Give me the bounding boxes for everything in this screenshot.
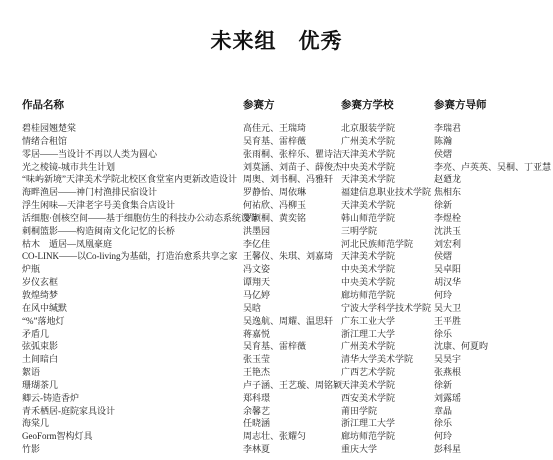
table-row: 光之棱镜-城市共生计划刘莫涵、刘苗子、薛俊杰中央美术学院李亮、卢英英、吴桐、丁亚…: [0, 161, 553, 174]
table-cell: 浮生闲味—天津老字号美食集合店设计: [22, 199, 243, 212]
table-cell: 韩山师范学院: [341, 212, 434, 225]
table-cell: 福建信息职业技术学院: [341, 186, 434, 199]
table-cell: 洪墨园: [243, 225, 341, 238]
table-cell: 絮语: [22, 366, 243, 379]
table-row: GeoForm智构灯具周志壮、张耀匀廊坊师范学院何玲: [0, 430, 553, 443]
table-cell: 张雨桐、张梓乐、瞿诗洁: [243, 148, 341, 161]
table-cell: 马亿婷: [243, 289, 341, 302]
table-cell: 赵廼龙: [434, 173, 553, 186]
table-row: 刺桐篮影——构造闽南文化记忆的长桥洪墨园三明学院沈洪玉: [0, 225, 553, 238]
table-cell: 弦弧束影: [22, 340, 243, 353]
table-cell: 王艳杰: [243, 366, 341, 379]
table-cell: “%”落地灯: [22, 315, 243, 328]
table-row: 碧桂园翘楚棠高佳元、王瑞琦北京服装学院李瑞君: [0, 122, 553, 135]
table-cell: 北京服装学院: [341, 122, 434, 135]
table-cell: 周奥、刘书桐、冯雅轩: [243, 173, 341, 186]
table-cell: 沈洪玉: [434, 225, 553, 238]
table-cell: 彭科星: [434, 443, 553, 456]
table-cell: 清华大学美术学院: [341, 353, 434, 366]
table-row: 絮语王艳杰广西艺术学院张燕根: [0, 366, 553, 379]
table-cell: 何祐欣、冯柳玉: [243, 199, 341, 212]
table-cell: 焦相东: [434, 186, 553, 199]
table-cell: 光之棱镜-城市共生计划: [22, 161, 243, 174]
table-cell: 浙江理工大学: [341, 328, 434, 341]
table-cell: 岁仪玄框: [22, 276, 243, 289]
table-row: “味屿新境”天津美术学院北校区食堂室内更新改造设计周奥、刘书桐、冯雅轩天津美术学…: [0, 173, 553, 186]
table-cell: 周志壮、张耀匀: [243, 430, 341, 443]
table-row: 卿云-铸造香炉郑科璟西安美术学院刘露瑶: [0, 392, 553, 405]
table-cell: 敦煌绮梦: [22, 289, 243, 302]
table-cell: 枯木 遁居—凤凰豪庭: [22, 238, 243, 251]
table-cell: 重庆大学: [341, 443, 434, 456]
table-cell: 沈康、何夏昀: [434, 340, 553, 353]
table-cell: 胡汉华: [434, 276, 553, 289]
table-cell: 中央美术学院: [341, 263, 434, 276]
table-cell: 罗颖桐、黄奕铭: [243, 212, 341, 225]
award-document: 未来组 优秀 作品名称 参赛方 参赛方学校 参赛方导师 碧桂园翘楚棠高佳元、王瑞…: [0, 0, 553, 460]
table-cell: 三明学院: [341, 225, 434, 238]
table-cell: 何玲: [434, 430, 553, 443]
table-cell: 刘露瑶: [434, 392, 553, 405]
table-cell: 卿云-铸造香炉: [22, 392, 243, 405]
table-cell: 中央美术学院: [341, 161, 434, 174]
table-row: CO-LINK——以Co-living为基础，打造治愈系共享之家王馨仪、朱琪、刘…: [0, 250, 553, 263]
table-cell: 在风中缄默: [22, 302, 243, 315]
table-cell: 蒋嘉悦: [243, 328, 341, 341]
table-cell: 碧桂园翘楚棠: [22, 122, 243, 135]
table-cell: 王馨仪、朱琪、刘嘉琦: [243, 250, 341, 263]
table-cell: 吴育基、雷梓薇: [243, 340, 341, 353]
table-cell: 冯文姿: [243, 263, 341, 276]
table-cell: 竹影: [22, 443, 243, 456]
table-cell: 徐新: [434, 379, 553, 392]
table-cell: 王平胜: [434, 315, 553, 328]
table-cell: 章晶: [434, 405, 553, 418]
table-cell: 吴逸航、周耀、温思轩: [243, 315, 341, 328]
page-title: 未来组 优秀: [0, 25, 553, 55]
table-row: 土间暗白张玉莹清华大学美术学院吴昊宇: [0, 353, 553, 366]
table-cell: 天津美术学院: [341, 148, 434, 161]
table-cell: 矛盾几: [22, 328, 243, 341]
table-cell: 河北民族师范学院: [341, 238, 434, 251]
table-cell: 青禾栖居-庭院家具设计: [22, 405, 243, 418]
table-header-row: 作品名称 参赛方 参赛方学校 参赛方导师: [0, 97, 553, 112]
table-cell: 廊坊师范学院: [341, 430, 434, 443]
table-cell: 郑科璟: [243, 392, 341, 405]
table-cell: 广东工业大学: [341, 315, 434, 328]
table-cell: 李亿佳: [243, 238, 341, 251]
table-cell: 谭翔天: [243, 276, 341, 289]
table-cell: 何玲: [434, 289, 553, 302]
table-cell: 宁波大学科学技术学院: [341, 302, 434, 315]
col-header-participants: 参赛方: [243, 97, 341, 112]
table-row: 在风中缄默吴晗宁波大学科学技术学院吴大卫: [0, 302, 553, 315]
table-cell: 徐乐: [434, 417, 553, 430]
table-cell: 广州美术学院: [341, 135, 434, 148]
table-row: “%”落地灯吴逸航、周耀、温思轩广东工业大学王平胜: [0, 315, 553, 328]
table-cell: 张燕根: [434, 366, 553, 379]
table-row: 枯木 遁居—凤凰豪庭李亿佳河北民族师范学院刘宏利: [0, 238, 553, 251]
table-row: 珊瑚茶几卢子涵、王艺璇、周铭颖天津美术学院徐新: [0, 379, 553, 392]
table-row: 浮生闲味—天津老字号美食集合店设计何祐欣、冯柳玉天津美术学院徐新: [0, 199, 553, 212]
table-cell: 西安美术学院: [341, 392, 434, 405]
table-cell: 卢子涵、王艺璇、周铭颖: [243, 379, 341, 392]
table-cell: 吴晗: [243, 302, 341, 315]
table-cell: 张玉莹: [243, 353, 341, 366]
table-cell: 李煜栓: [434, 212, 553, 225]
table-row: 青禾栖居-庭院家具设计余馨艺莆田学院章晶: [0, 405, 553, 418]
table-row: 活细胞·创核空间——基于细胞仿生的科技办公动态系统设计罗颖桐、黄奕铭韩山师范学院…: [0, 212, 553, 225]
table-cell: 罗静怡、周依琳: [243, 186, 341, 199]
table-cell: 侯熠: [434, 148, 553, 161]
table-cell: 刘莫涵、刘苗子、薛俊杰: [243, 161, 341, 174]
table-cell: 广州美术学院: [341, 340, 434, 353]
table-cell: 土间暗白: [22, 353, 243, 366]
table-cell: 吴昊宇: [434, 353, 553, 366]
table-cell: 廊坊师范学院: [341, 289, 434, 302]
table-cell: GeoForm智构灯具: [22, 430, 243, 443]
table-cell: 高佳元、王瑞琦: [243, 122, 341, 135]
table-cell: 珊瑚茶几: [22, 379, 243, 392]
table-row: 海棠几任晓涵浙江理工大学徐乐: [0, 417, 553, 430]
table-row: 情绪合租馆吴育基、雷梓薇广州美术学院陈瀚: [0, 135, 553, 148]
table-cell: 浙江理工大学: [341, 417, 434, 430]
col-header-mentor: 参赛方导师: [434, 97, 553, 112]
table-cell: 天津美术学院: [341, 173, 434, 186]
table-cell: 李亮、卢英英、吴桐、丁亚慧: [434, 161, 553, 174]
table-cell: 吴卓阳: [434, 263, 553, 276]
table-cell: 侯熠: [434, 250, 553, 263]
table-cell: 天津美术学院: [341, 199, 434, 212]
col-header-work-name: 作品名称: [22, 97, 243, 112]
table-cell: CO-LINK——以Co-living为基础，打造治愈系共享之家: [22, 250, 243, 263]
table-cell: 徐新: [434, 199, 553, 212]
table-cell: 徐乐: [434, 328, 553, 341]
table-cell: 天津美术学院: [341, 250, 434, 263]
table-row: 矛盾几蒋嘉悦浙江理工大学徐乐: [0, 328, 553, 341]
table-cell: 零居——当设计不再以人类为圆心: [22, 148, 243, 161]
table-row: 岁仪玄框谭翔天中央美术学院胡汉华: [0, 276, 553, 289]
table-cell: 刺桐篮影——构造闽南文化记忆的长桥: [22, 225, 243, 238]
table-row: 零居——当设计不再以人类为圆心张雨桐、张梓乐、瞿诗洁天津美术学院侯熠: [0, 148, 553, 161]
table-cell: 情绪合租馆: [22, 135, 243, 148]
table-cell: 天津美术学院: [341, 379, 434, 392]
table-cell: 海畔渔居——神门村渔排民宿设计: [22, 186, 243, 199]
table-cell: 炉瓶: [22, 263, 243, 276]
table-cell: 吴育基、雷梓薇: [243, 135, 341, 148]
table-row: 弦弧束影吴育基、雷梓薇广州美术学院沈康、何夏昀: [0, 340, 553, 353]
table-cell: 海棠几: [22, 417, 243, 430]
table-cell: 李林夏: [243, 443, 341, 456]
table-cell: 李瑞君: [434, 122, 553, 135]
table-cell: 中央美术学院: [341, 276, 434, 289]
table-cell: 广西艺术学院: [341, 366, 434, 379]
table-row: 竹影李林夏重庆大学彭科星: [0, 443, 553, 456]
table-body: 碧桂园翘楚棠高佳元、王瑞琦北京服装学院李瑞君情绪合租馆吴育基、雷梓薇广州美术学院…: [0, 122, 553, 456]
table-cell: 活细胞·创核空间——基于细胞仿生的科技办公动态系统设计: [22, 212, 243, 225]
table-row: 敦煌绮梦马亿婷廊坊师范学院何玲: [0, 289, 553, 302]
table-cell: “味屿新境”天津美术学院北校区食堂室内更新改造设计: [22, 173, 243, 186]
table-cell: 莆田学院: [341, 405, 434, 418]
col-header-school: 参赛方学校: [341, 97, 434, 112]
table-row: 炉瓶冯文姿中央美术学院吴卓阳: [0, 263, 553, 276]
table-cell: 任晓涵: [243, 417, 341, 430]
table-cell: 陈瀚: [434, 135, 553, 148]
table-cell: 刘宏利: [434, 238, 553, 251]
table-cell: 余馨艺: [243, 405, 341, 418]
table-cell: 吴大卫: [434, 302, 553, 315]
table-row: 海畔渔居——神门村渔排民宿设计罗静怡、周依琳福建信息职业技术学院焦相东: [0, 186, 553, 199]
